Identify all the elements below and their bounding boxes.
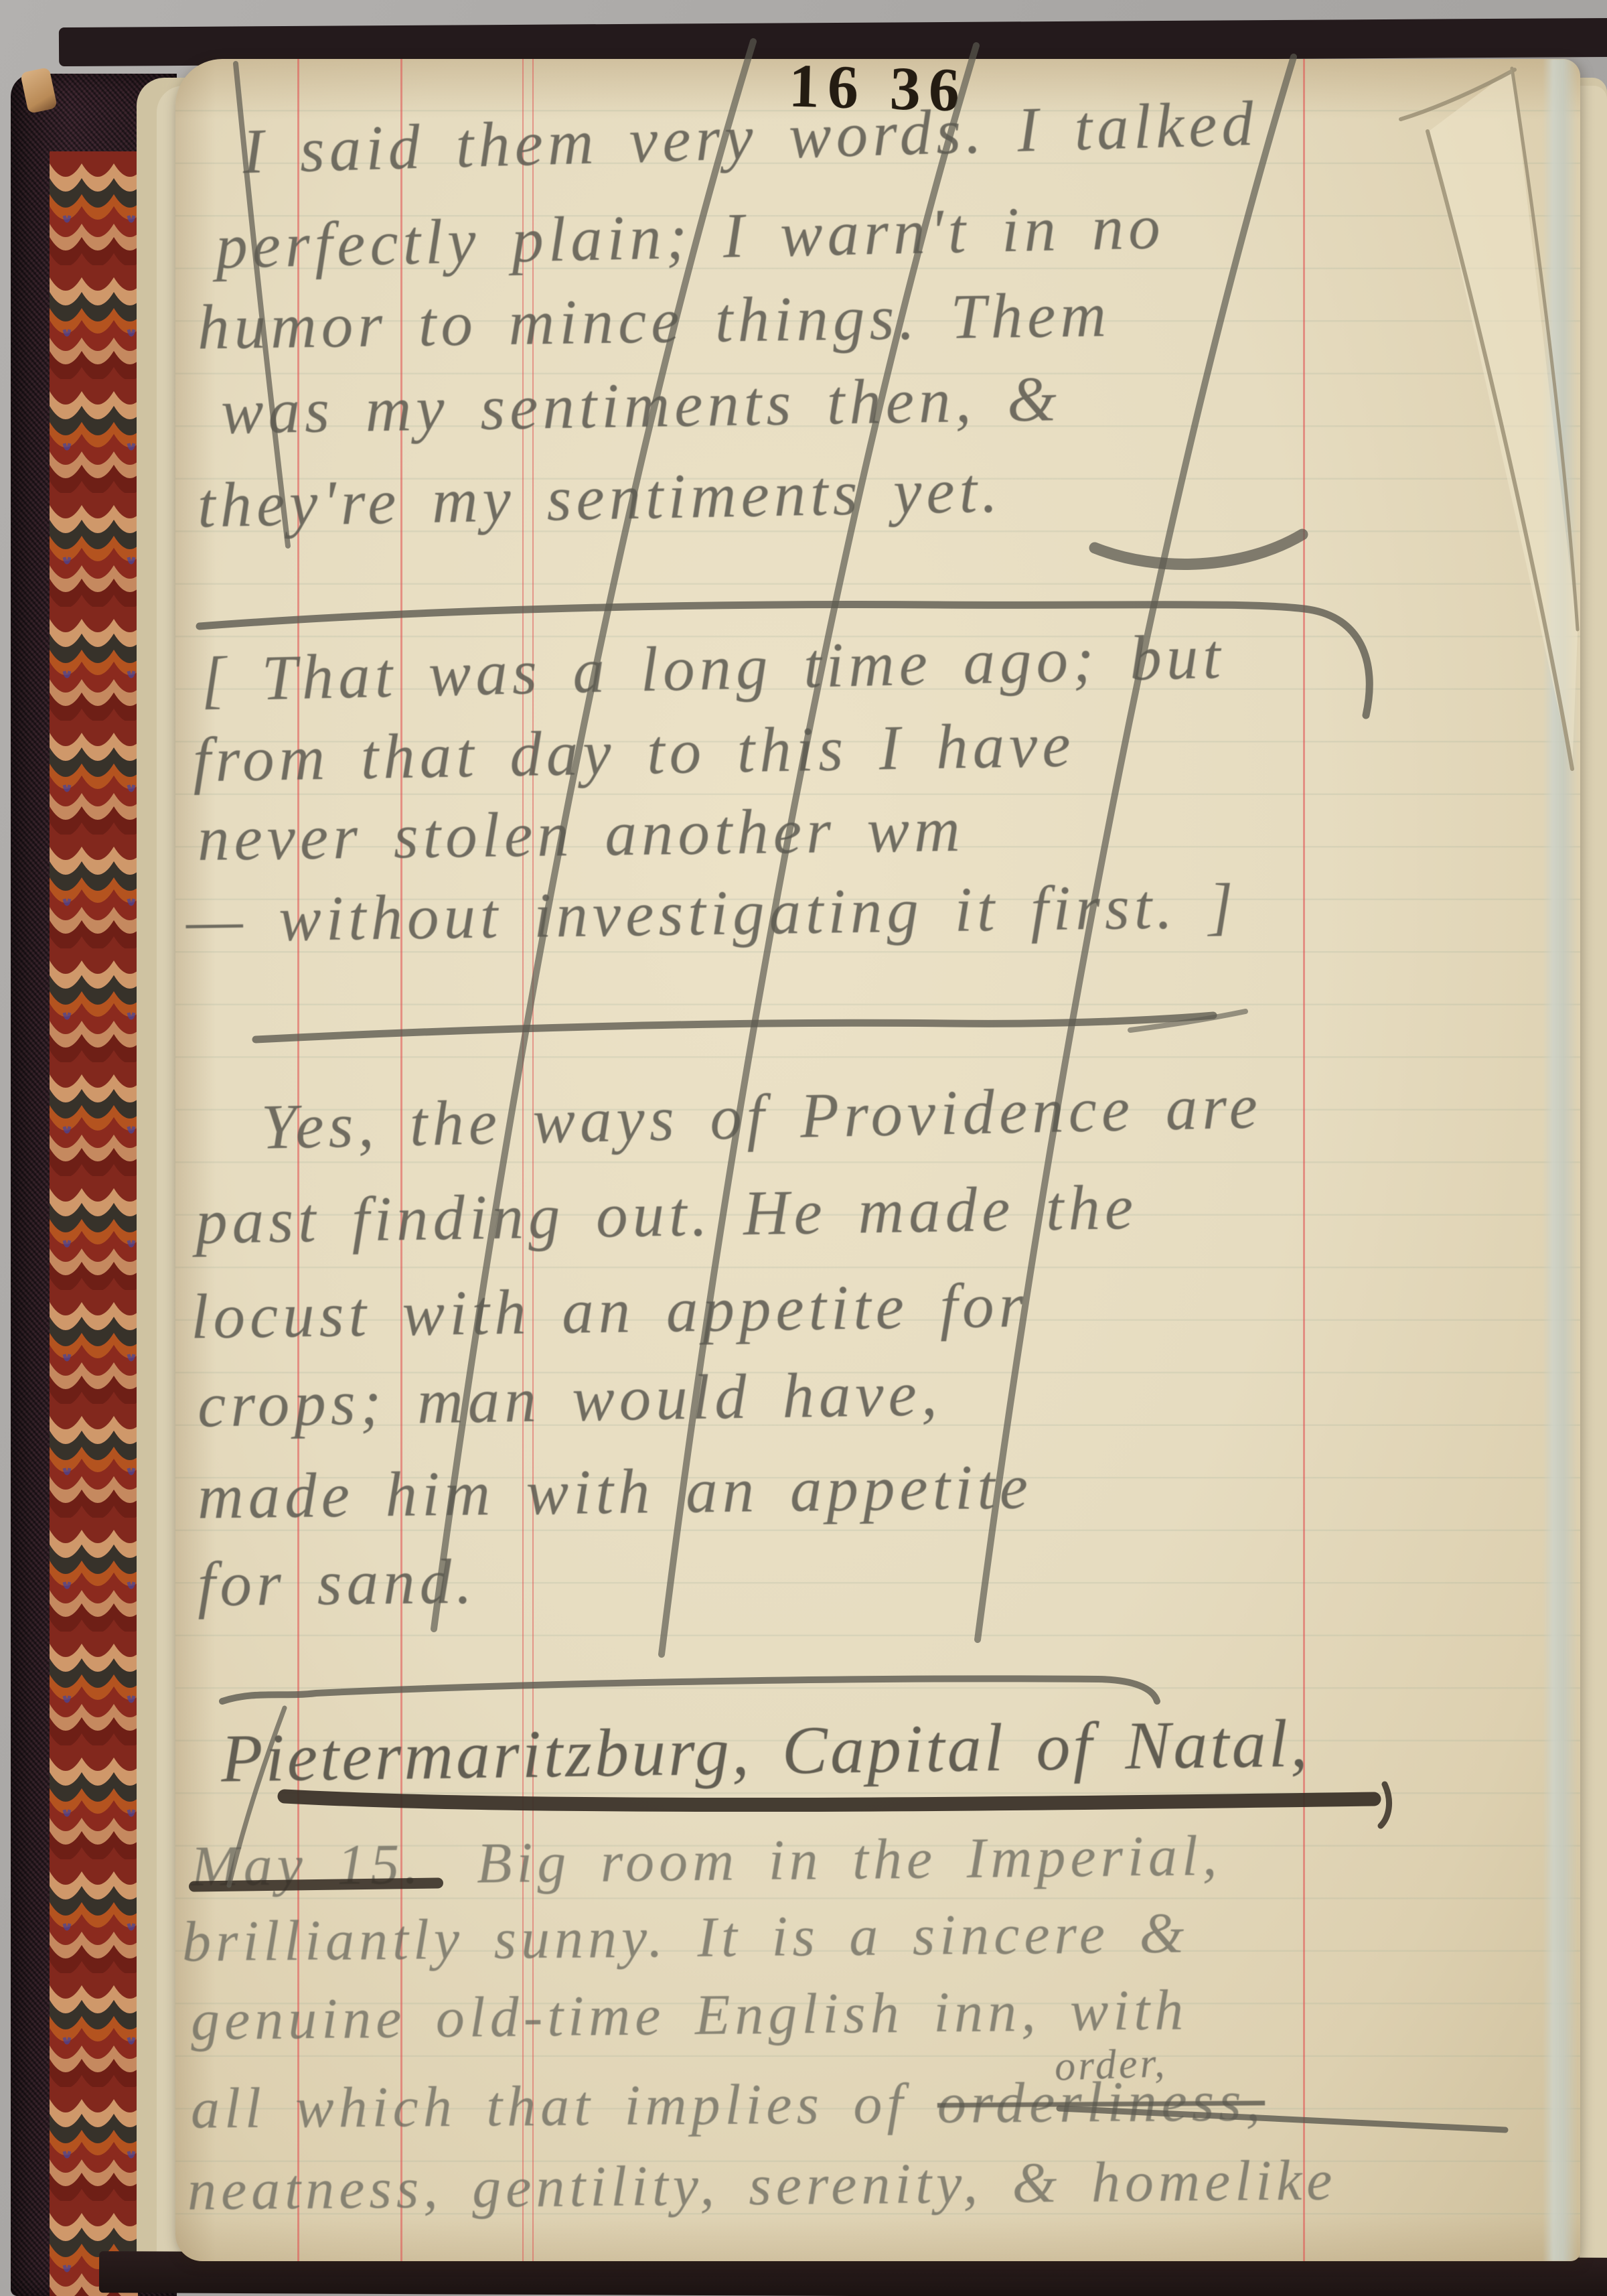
- handwriting-line: neatness, gentility, serenity, & homelik…: [187, 2147, 1337, 2224]
- handwriting-line: made him with an appetite: [197, 1449, 1032, 1533]
- handwriting-line: they're my sentiments yet.: [197, 453, 1003, 542]
- handwriting-line: locust with an appetite for: [190, 1268, 1028, 1353]
- line-text: Big room in the Imperial,: [476, 1823, 1221, 1895]
- handwriting-line: for sand.: [197, 1545, 477, 1621]
- handwriting-line: genuine old-time English inn, with: [191, 1976, 1189, 2054]
- red-margin-line-4: [1303, 59, 1305, 2261]
- line-text: they're my sentiments: [197, 457, 862, 541]
- handwriting-line: past finding out. He made the: [195, 1170, 1138, 1259]
- handwriting-line: crops; man would have,: [197, 1356, 942, 1441]
- handwriting-line: all which that implies of orderliness,: [191, 2067, 1266, 2141]
- line-text: all which that implies of: [191, 2071, 908, 2140]
- underlined-word: yet.: [893, 454, 1002, 527]
- notebook-photo: 16 36 I said them very words. I talked p…: [0, 0, 1607, 2296]
- handwriting-line: humor to mince things. Them: [197, 277, 1111, 364]
- marbled-paper: [50, 151, 138, 2296]
- marble-pattern: [50, 151, 138, 2296]
- handwriting-line: brilliantly sunny. It is a sincere &: [182, 1899, 1189, 1975]
- handwriting-line: never stolen another wm: [197, 792, 965, 875]
- page-stub-edge: [1543, 59, 1578, 2261]
- handwriting-line: from that day to this I have: [192, 708, 1075, 797]
- entry-heading: Pietermaritzburg, Capital of Natal,: [220, 1705, 1310, 1798]
- handwriting-line: was my sentiments then, &: [220, 362, 1061, 449]
- handwriting-line: — without investigating it first. ]: [185, 869, 1238, 957]
- crossed-out-word: orderliness,: [937, 2068, 1265, 2135]
